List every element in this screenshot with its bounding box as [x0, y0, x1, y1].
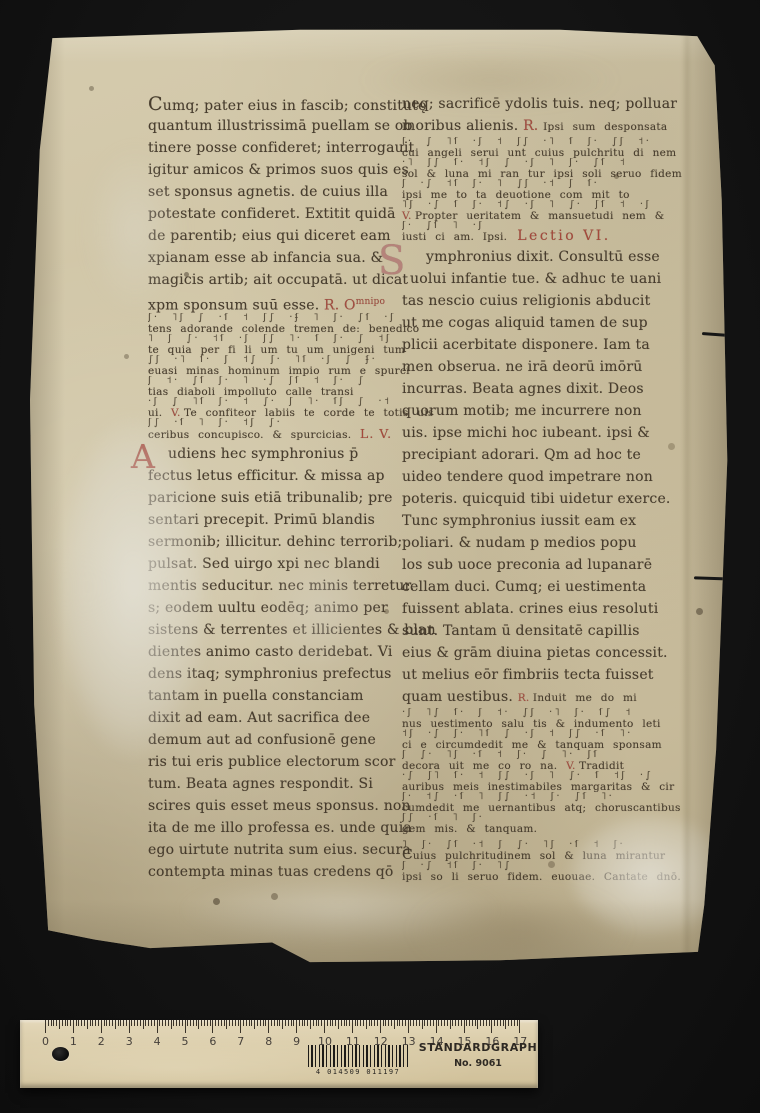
ruler-tick	[118, 1020, 119, 1026]
body-text: tum. Beata agnes respondit. Si	[148, 776, 373, 792]
ruler-tick	[397, 1020, 398, 1026]
neume-notation: ʃ· ˦∫ ·ſ ˥ ʃ∫ ·˦ ʃ· ∫ſ ˥·	[402, 792, 702, 802]
ruler-tick	[519, 1020, 520, 1033]
edge-slit	[702, 332, 730, 337]
chant-text: ipsi so li seruo fidem. euouae. Cantate …	[402, 871, 702, 882]
body-text: demum aut ad confusionē gene	[148, 732, 376, 748]
body-text: xpm sponsum suū esse.	[148, 298, 324, 314]
ruler-tick	[444, 1020, 445, 1026]
body-text: uideo tendere quod impetrare non	[402, 469, 653, 485]
ruler-tick	[254, 1020, 255, 1029]
ruler-tick	[341, 1020, 342, 1026]
lectio-heading: Lectio VI.	[517, 228, 611, 244]
ruler-tick	[98, 1020, 99, 1026]
body-text: uolui infantie tue. & adhuc te uani	[410, 271, 661, 287]
ruler-tick	[224, 1020, 225, 1026]
water-stain	[410, 885, 630, 975]
ruler-tick	[408, 1020, 409, 1033]
ruler-tick	[51, 1020, 52, 1026]
neume-notation: ·∫ ʃ˥ ſ· ˦ ʃ∫ ·ʃ ˥ ∫· ſ ˦ʃ ·∫	[402, 771, 702, 781]
ruler-tick	[95, 1020, 96, 1026]
ruler-cm-label: 4	[154, 1035, 161, 1048]
ruler-tick	[360, 1020, 361, 1026]
body-text: udiens hec symphronius p̄	[168, 446, 358, 462]
ruler-tick	[126, 1020, 127, 1026]
ruler-tick	[503, 1020, 504, 1026]
chant-text: auribus meis inestimabiles margaritas & …	[402, 781, 702, 792]
ruler-tick	[344, 1020, 345, 1026]
body-text: contempta minas tuas credens qō	[148, 864, 394, 880]
ruler-cm-label: 9	[293, 1035, 300, 1048]
ink-specks	[30, 25, 33, 28]
ruler-tick	[413, 1020, 414, 1026]
text-line: sermonib; illicitur. dehinc terrorib;	[148, 531, 404, 553]
ruler-cm-label: 2	[98, 1035, 105, 1048]
chant-text: V. Propter ueritatem & mansuetudi nem &	[402, 210, 702, 221]
chant-line: ·ʃ ∫ ˥ſ ʃ· ˦ ∫· ʃ ˥· ſʃ ∫ ·˦ui. V. Te co…	[148, 397, 404, 418]
neume-notation: ˥ ʃ ∫· ˦ſ ·ʃ ʃ∫ ˥· ſ ʃ· ∫ ˦ʃ	[148, 334, 404, 344]
ruler-tick	[355, 1020, 356, 1026]
body-text: tinere posse confideret; interrogauit	[148, 140, 414, 156]
text-line: dientes animo casto deridebat. Vi	[148, 641, 404, 663]
ruler-tick	[106, 1020, 107, 1026]
text-line: tum. Beata agnes respondit. Si	[148, 773, 404, 795]
rubric-text: mnipo	[356, 297, 385, 307]
ruler-tick	[461, 1020, 462, 1026]
body-text: cellam duci. Cumq; ei uestimenta	[402, 579, 646, 595]
body-text: sentari precepit. Primū blandis	[148, 512, 375, 528]
ruler-tick	[352, 1020, 353, 1033]
text-line: neq; sacrificē ydolis tuis. neq; polluar	[402, 93, 702, 115]
ruler-tick	[123, 1020, 124, 1026]
neume-notation: ʃ· ∫ ˥ſ ·ʃ ˦ ʃ∫ ·˥ ſ ʃ· ∫ʃ ˦·	[402, 137, 702, 147]
text-line: tas nescio cuius religionis abducit	[402, 290, 702, 312]
barcode-digits: 4 014509 011197	[308, 1068, 408, 1076]
body-text: los sub uoce preconia ad lupanarē	[402, 557, 652, 573]
chant-line: ʃ ∫· ˥ʃ ·ſ ˦ ʃ· ∫ ˥· ʃſdecora uit me co …	[402, 750, 702, 771]
ruler-tick	[53, 1020, 54, 1026]
ruler-tick	[313, 1020, 314, 1026]
text-line: cellam duci. Cumq; ei uestimenta	[402, 576, 702, 598]
text-line: Symphronius dixit. Consultū esse	[402, 246, 702, 268]
body-text: eius & grām diuina pietas concessit.	[402, 645, 668, 661]
ruler-tick	[505, 1020, 506, 1029]
chant-line: ·ʃ ˥∫ ſ· ʃ ˦· ∫ʃ ·˥ ʃ· ſ∫ ˦nus uestiment…	[402, 708, 702, 729]
ruler-tick	[157, 1020, 158, 1033]
ruler-tick	[511, 1020, 512, 1026]
ruler-tick	[497, 1020, 498, 1026]
chant-line: ʃ ·∫ ˦ſ ʃ· ˥∫ipsi so li seruo fidem. euo…	[402, 861, 702, 882]
rubric-text: R. O	[324, 298, 356, 314]
body-text: Ipsi sum desponsata	[543, 121, 667, 133]
decorated-initial: A	[131, 440, 155, 473]
neume-notation: ˥ʃ ·∫ ſ ʃ· ˦∫ ·ʃ ˥ ∫· ʃſ ˦ ·ʃ	[402, 200, 702, 210]
ruler-tick	[357, 1020, 358, 1026]
text-line: sentari precepit. Primū blandis	[148, 509, 404, 531]
body-text: tas nescio cuius religionis abducit	[402, 293, 650, 309]
text-line: fuissent ablata. crines eius resoluti	[402, 598, 702, 620]
ruler-tick	[455, 1020, 456, 1026]
ruler-tick	[171, 1020, 172, 1029]
ruler-tick	[168, 1020, 169, 1026]
ruler-tick	[48, 1020, 49, 1026]
body-text: C	[148, 93, 163, 115]
ruler-tick	[383, 1020, 384, 1026]
ruler-tick	[204, 1020, 205, 1026]
ruler-tick	[293, 1020, 294, 1026]
text-line: plicii acerbitate disponere. Iam ta	[402, 334, 702, 356]
text-line: xpm sponsum suū esse. R. Omnipo	[148, 291, 404, 313]
body-text: ris tui eris publice electorum scor	[148, 754, 395, 770]
ruler-tick	[346, 1020, 347, 1026]
ruler-tick	[489, 1020, 490, 1026]
text-line: demum aut ad confusionē gene	[148, 729, 404, 751]
text-line: ut me cogas aliquid tamen de sup	[402, 312, 702, 334]
ruler-tick	[212, 1020, 213, 1033]
ruler-tick	[385, 1020, 386, 1026]
text-line: ris tui eris publice electorum scor	[148, 751, 404, 773]
ruler-tick	[416, 1020, 417, 1026]
chant-text: ceribus concupisco. & spurcicias. L. V.	[148, 428, 404, 439]
ruler-tick	[78, 1020, 79, 1026]
body-text: xpianam esse ab infancia sua. &	[148, 250, 383, 266]
body-text: moribus alienis.	[402, 118, 523, 134]
ruler-tick	[307, 1020, 308, 1026]
body-text: quantum illustrissimā puellam se ob	[148, 118, 413, 134]
text-line: potestate confideret. Extitit quidā	[148, 203, 404, 225]
ruler-tick	[304, 1020, 305, 1026]
chant-line: ·˥ ʃ∫ ſ· ˦ʃ ∫ ·ʃ ˥ ʃ· ∫ſ ˦sol & luna mi …	[402, 158, 702, 179]
body-text: igitur amicos & primos suos quis es	[148, 162, 409, 178]
ruler-tick	[371, 1020, 372, 1026]
ruler-tick	[436, 1020, 437, 1033]
ruler-tick	[131, 1020, 132, 1026]
ruler-tick	[112, 1020, 113, 1026]
chant-text: sol & luna mi ran tur ipsi soli seruo fi…	[402, 168, 702, 179]
ruler-tick	[145, 1020, 146, 1026]
ruler-tick	[291, 1020, 292, 1026]
chant-line: ˥ ʃ· ∫ſ ·˦ ʃ ∫· ˥ʃ ·ſ ˦ ʃ·Cuius pulchrit…	[402, 840, 702, 861]
body-text: scires quis esset meus sponsus. non	[148, 798, 411, 814]
ruler-tick	[427, 1020, 428, 1026]
ruler-tick	[151, 1020, 152, 1026]
ruler-tick	[296, 1020, 297, 1033]
text-line: precipiant adorari. Qm ad hoc te	[402, 444, 702, 466]
ruler-tick	[494, 1020, 495, 1026]
ruler-tick	[120, 1020, 121, 1026]
ruler-tick	[92, 1020, 93, 1026]
text-line: tinere posse confideret; interrogauit	[148, 137, 404, 159]
body-text: ceribus concupisco. & spurcicias.	[148, 429, 360, 441]
ruler-tick	[73, 1020, 74, 1033]
ruler-tick	[402, 1020, 403, 1026]
neume-notation: ʃ ·∫ ˦ſ ʃ· ˥ ∫ʃ ·˦ ʃ ſ·	[402, 179, 702, 189]
photo-background: Cumq; pater eius in fascib; constitutęqu…	[0, 0, 760, 1113]
chant-line: ʃ∫ ·ſ ˥ ʃ· ˦ʃ ∫·ceribus concupisco. & sp…	[148, 418, 404, 439]
abrasion-stain	[180, 875, 500, 945]
ruler-tick	[447, 1020, 448, 1026]
ruler-tick	[472, 1020, 473, 1026]
ruler-tick	[366, 1020, 367, 1029]
ruler-tick	[229, 1020, 230, 1026]
chant-line: ʃ· ˥ʃ ∫ ·ſ ˦ ʃ∫ ·ʄ ˥ ʃ· ∫ſ ·ʃtens adoran…	[148, 313, 404, 334]
body-text: poliari. & nudam p medios popu	[402, 535, 637, 551]
ruler-cm-label: 1	[70, 1035, 77, 1048]
ruler-tick	[514, 1020, 515, 1026]
ruler-tick	[218, 1020, 219, 1026]
ruler-tick	[458, 1020, 459, 1026]
ruler-tick	[335, 1020, 336, 1026]
barcode-bars	[308, 1045, 408, 1067]
ruler-tick	[500, 1020, 501, 1026]
ruler-tick	[299, 1020, 300, 1026]
ruler-tick	[394, 1020, 395, 1029]
ruler-tick	[388, 1020, 389, 1026]
text-line: s; eodem uultu eodēq; animo per	[148, 597, 404, 619]
ruler-tick	[433, 1020, 434, 1026]
chant-text: gem mis. & tanquam.	[402, 823, 702, 834]
text-line: dens itaq; symphronius prefectus	[148, 663, 404, 685]
ruler-tick	[438, 1020, 439, 1026]
text-line: moribus alienis. R. Ipsi sum desponsata	[402, 115, 702, 137]
body-text: de parentib; eius qui diceret eam	[148, 228, 391, 244]
ruler-tick	[90, 1020, 91, 1026]
ruler-tick	[235, 1020, 236, 1026]
body-text: umq; pater eius in fascib; constitutę	[163, 98, 427, 114]
ruler-tick	[56, 1020, 57, 1026]
barcode: 4 014509 011197	[308, 1045, 408, 1076]
ruler-tick	[483, 1020, 484, 1026]
ruler-tick	[277, 1020, 278, 1026]
ruler-tick	[450, 1020, 451, 1029]
chant-text: nus uestimento salu tis & indumento leti	[402, 718, 702, 729]
ruler-tick	[59, 1020, 60, 1029]
ruler-tick	[316, 1020, 317, 1026]
ruler-tick	[185, 1020, 186, 1033]
ruler-tick	[338, 1020, 339, 1029]
text-line: incurras. Beata agnes dixit. Deos	[402, 378, 702, 400]
ruler-tick	[70, 1020, 71, 1026]
body-text: ymphronius dixit. Consultū esse	[426, 249, 660, 265]
chant-text: cui angeli serui unt cuius pulchritu di …	[402, 147, 702, 158]
neume-notation: ˦ʃ ·∫ ʃ· ˥ſ ∫ ·ʃ ˦ ʃ∫ ·ſ ˥·	[402, 729, 702, 739]
ruler-tick	[232, 1020, 233, 1026]
ruler-tick	[162, 1020, 163, 1026]
text-line: sistens & terrentes et illicientes & bla…	[148, 619, 404, 641]
ruler-tick	[215, 1020, 216, 1026]
body-text: sermonib; illicitur. dehinc terrorib;	[148, 534, 402, 550]
body-text: dixit ad eam. Aut sacrifica dee	[148, 710, 370, 726]
neume-notation: ∫ʃ ·˥ ſ· ʃ ˦∫ ʃ· ˥ſ ·ʃ ∫ ʄ·	[148, 355, 404, 365]
text-line: contempta minas tuas credens qō	[148, 861, 404, 883]
parchment-page: Cumq; pater eius in fascib; constitutęqu…	[30, 25, 728, 965]
ruler-model: No. 9061	[410, 1058, 546, 1069]
body-text: ut me cogas aliquid tamen de sup	[402, 315, 648, 331]
rubric-text: L. V.	[360, 426, 392, 441]
text-line: pulsat. Sed uirgo xpi nec blandi	[148, 553, 404, 575]
chant-text: Cuius pulchritudinem sol & luna mirantur	[402, 850, 702, 861]
ruler-tick	[159, 1020, 160, 1026]
ruler-tick	[480, 1020, 481, 1026]
ruler-tick	[363, 1020, 364, 1026]
ruler-tick	[134, 1020, 135, 1026]
body-text: set sponsus agnetis. de cuius illa	[148, 184, 388, 200]
ruler-tick	[140, 1020, 141, 1026]
ruler-tick	[187, 1020, 188, 1026]
text-line: ego uirtute nutrita sum eius. secura	[148, 839, 404, 861]
chant-line: ˦ʃ ·∫ ʃ· ˥ſ ∫ ·ʃ ˦ ʃ∫ ·ſ ˥·ci e circumde…	[402, 729, 702, 750]
ruler-tick	[377, 1020, 378, 1026]
ruler-tick	[251, 1020, 252, 1026]
ruler-tick	[464, 1020, 465, 1033]
ruler-tick	[491, 1020, 492, 1033]
ruler-tick	[452, 1020, 453, 1026]
chant-text: ui. V. Te confiteor labiis te corde te t…	[148, 407, 404, 418]
ruler-tick	[84, 1020, 85, 1026]
text-line: sunt. Tantam ū densitatē capillis	[402, 620, 702, 642]
body-text: magicis artib; ait occupatā. ut dicat	[148, 272, 408, 288]
text-line: eius & grām diuina pietas concessit.	[402, 642, 702, 664]
neume-notation: ʃ ∫· ˥ʃ ·ſ ˦ ʃ· ∫ ˥· ʃſ	[402, 750, 702, 760]
body-text: incurras. Beata agnes dixit. Deos	[402, 381, 644, 397]
ruler-tick	[190, 1020, 191, 1026]
ruler-tick	[198, 1020, 199, 1029]
ruler-tick	[207, 1020, 208, 1026]
body-text: ita de me illo professa es. unde quia	[148, 820, 412, 836]
body-text: mentis seducitur. nec minis terretur.	[148, 578, 414, 594]
body-text: uis. ipse michi hoc iubeant. ipsi &	[402, 425, 650, 441]
body-text: dientes animo casto deridebat. Vi	[148, 644, 393, 660]
neume-notation: ʃ∫ ·ſ ˥ ʃ·	[402, 813, 702, 823]
body-text: sistens & terrentes et illicientes & bla…	[148, 622, 436, 638]
chant-line: ∫ʃ ·˥ ſ· ʃ ˦∫ ʃ· ˥ſ ·ʃ ∫ ʄ·euasi minas h…	[148, 355, 404, 376]
text-line: igitur amicos & primos suos quis es	[148, 159, 404, 181]
ruler-tick	[221, 1020, 222, 1026]
text-line: magicis artib; ait occupatā. ut dicat	[148, 269, 404, 291]
ruler-tick	[391, 1020, 392, 1026]
text-line: Tunc symphronius iussit eam ex	[402, 510, 702, 532]
text-line: poteris. quicquid tibi uidetur exerce.	[402, 488, 702, 510]
ruler-tick	[104, 1020, 105, 1026]
chant-text: ci e circumdedit me & tanquam sponsam	[402, 739, 702, 750]
ruler-tick	[210, 1020, 211, 1026]
neume-notation: ·ʃ ∫ ˥ſ ʃ· ˦ ∫· ʃ ˥· ſʃ ∫ ·˦	[148, 397, 404, 407]
neume-notation: ·˥ ʃ∫ ſ· ˦ʃ ∫ ·ʃ ˥ ʃ· ∫ſ ˦	[402, 158, 702, 168]
ruler-cm-label: 8	[265, 1035, 272, 1048]
body-text: potestate confideret. Extitit quidā	[148, 206, 396, 222]
text-line: uolui infantie tue. & adhuc te uani	[402, 268, 702, 290]
ruler-tick	[477, 1020, 478, 1029]
ruler-brand: STANDARDGRAPH	[410, 1041, 546, 1054]
ruler-tick	[486, 1020, 487, 1026]
ruler-cm-label: 3	[126, 1035, 133, 1048]
ruler-tick	[302, 1020, 303, 1026]
ruler-cm-label: 7	[237, 1035, 244, 1048]
ruler-cm-label: 0	[42, 1035, 49, 1048]
body-text: men obserua. ne irā deorū imōrū	[402, 359, 643, 375]
ruler-tick	[274, 1020, 275, 1026]
chant-line: ˥ʃ ·∫ ſ ʃ· ˦∫ ·ʃ ˥ ∫· ʃſ ˦ ·ʃV. Propter …	[402, 200, 702, 221]
ruler-hole	[52, 1047, 69, 1061]
ruler-tick	[193, 1020, 194, 1026]
chant-text: ipsi me to ta deuotione com mit to	[402, 189, 702, 200]
ruler-tick	[288, 1020, 289, 1026]
ruler-tick	[243, 1020, 244, 1026]
chant-text: cumdedit me uernantibus atq; choruscanti…	[402, 802, 702, 813]
neume-notation: ˥ ʃ· ∫ſ ·˦ ʃ ∫· ˥ʃ ·ſ ˦ ʃ·	[402, 840, 702, 850]
text-line: set sponsus agnetis. de cuius illa	[148, 181, 404, 203]
body-text: precipiant adorari. Qm ad hoc te	[402, 447, 641, 463]
text-line: ita de me illo professa es. unde quia	[148, 817, 404, 839]
body-text: Induit me do mi	[533, 692, 637, 704]
ruler-tick	[508, 1020, 509, 1026]
chant-text: euasi minas hominum impio rum e spurci	[148, 365, 404, 376]
body-text: plicii acerbitate disponere. Iam ta	[402, 337, 650, 353]
text-line: quam uestibus. R. Induit me do mi	[402, 686, 702, 708]
body-text: dens itaq; symphronius prefectus	[148, 666, 392, 682]
ruler-tick	[143, 1020, 144, 1029]
neume-notation: ʃ· ˥ʃ ∫ ·ſ ˦ ʃ∫ ·ʄ ˥ ʃ· ∫ſ ·ʃ	[148, 313, 404, 323]
text-line: paricione suis etiā tribunalib; pre	[148, 487, 404, 509]
text-line: fectus letus efficitur. & missa ap	[148, 465, 404, 487]
ruler-tick	[374, 1020, 375, 1026]
left-text-column: Cumq; pater eius in fascib; constitutęqu…	[148, 93, 404, 883]
ruler-tick	[321, 1020, 322, 1026]
rubric-text: R.	[518, 692, 533, 704]
ruler-tick	[327, 1020, 328, 1026]
body-text: ipsi so li seruo fidem. euouae. Cantate …	[402, 871, 681, 883]
ruler-tick	[424, 1020, 425, 1026]
ruler-tick	[173, 1020, 174, 1026]
text-line: scires quis esset meus sponsus. non	[148, 795, 404, 817]
ruler-tick	[517, 1020, 518, 1026]
ruler-tick	[87, 1020, 88, 1029]
ruler: 01234567891011121314151617 4 014509 0111…	[20, 1020, 538, 1088]
body-text: sunt. Tantam ū densitatē capillis	[402, 623, 640, 639]
ruler-tick	[154, 1020, 155, 1026]
ruler-tick	[285, 1020, 286, 1026]
ruler-tick	[226, 1020, 227, 1029]
ruler-tick	[469, 1020, 470, 1026]
ruler-tick	[238, 1020, 239, 1026]
chant-text: iusti ci am. Ipsi.Lectio VI.	[402, 231, 702, 242]
ruler-tick	[196, 1020, 197, 1026]
body-text: tantam in puella constanciam	[148, 688, 364, 704]
ruler-tick	[422, 1020, 423, 1029]
text-line: quantum illustrissimā puellam se ob	[148, 115, 404, 137]
body-text: pulsat. Sed uirgo xpi nec blandi	[148, 556, 380, 572]
right-text-column: neq; sacrificē ydolis tuis. neq; polluar…	[402, 93, 702, 882]
ruler-tick	[349, 1020, 350, 1026]
ruler-tick	[369, 1020, 370, 1026]
body-text: fuissent ablata. crines eius resoluti	[402, 601, 658, 617]
chant-line: ˥ ʃ ∫· ˦ſ ·ʃ ʃ∫ ˥· ſ ʃ· ∫ ˦ʃte quia per …	[148, 334, 404, 355]
ruler-tick	[129, 1020, 130, 1033]
text-line: poliari. & nudam p medios popu	[402, 532, 702, 554]
ruler-tick	[179, 1020, 180, 1026]
body-text: neq; sacrificē ydolis tuis. neq; polluar	[402, 96, 677, 112]
ruler-brand-block: STANDARDGRAPH No. 9061	[410, 1041, 546, 1069]
ruler-tick	[165, 1020, 166, 1026]
neume-notation: ·ʃ ˥∫ ſ· ʃ ˦· ∫ʃ ·˥ ʃ· ſ∫ ˦	[402, 708, 702, 718]
text-line: uideo tendere quod impetrare non	[402, 466, 702, 488]
ruler-tick	[271, 1020, 272, 1026]
body-text: s; eodem uultu eodēq; animo per	[148, 600, 388, 616]
text-line: mentis seducitur. nec minis terretur.	[148, 575, 404, 597]
chant-text: decora uit me co ro na. V. Tradidit	[402, 760, 702, 771]
ruler-tick	[45, 1020, 46, 1033]
body-text: fectus letus efficitur. & missa ap	[148, 468, 385, 484]
